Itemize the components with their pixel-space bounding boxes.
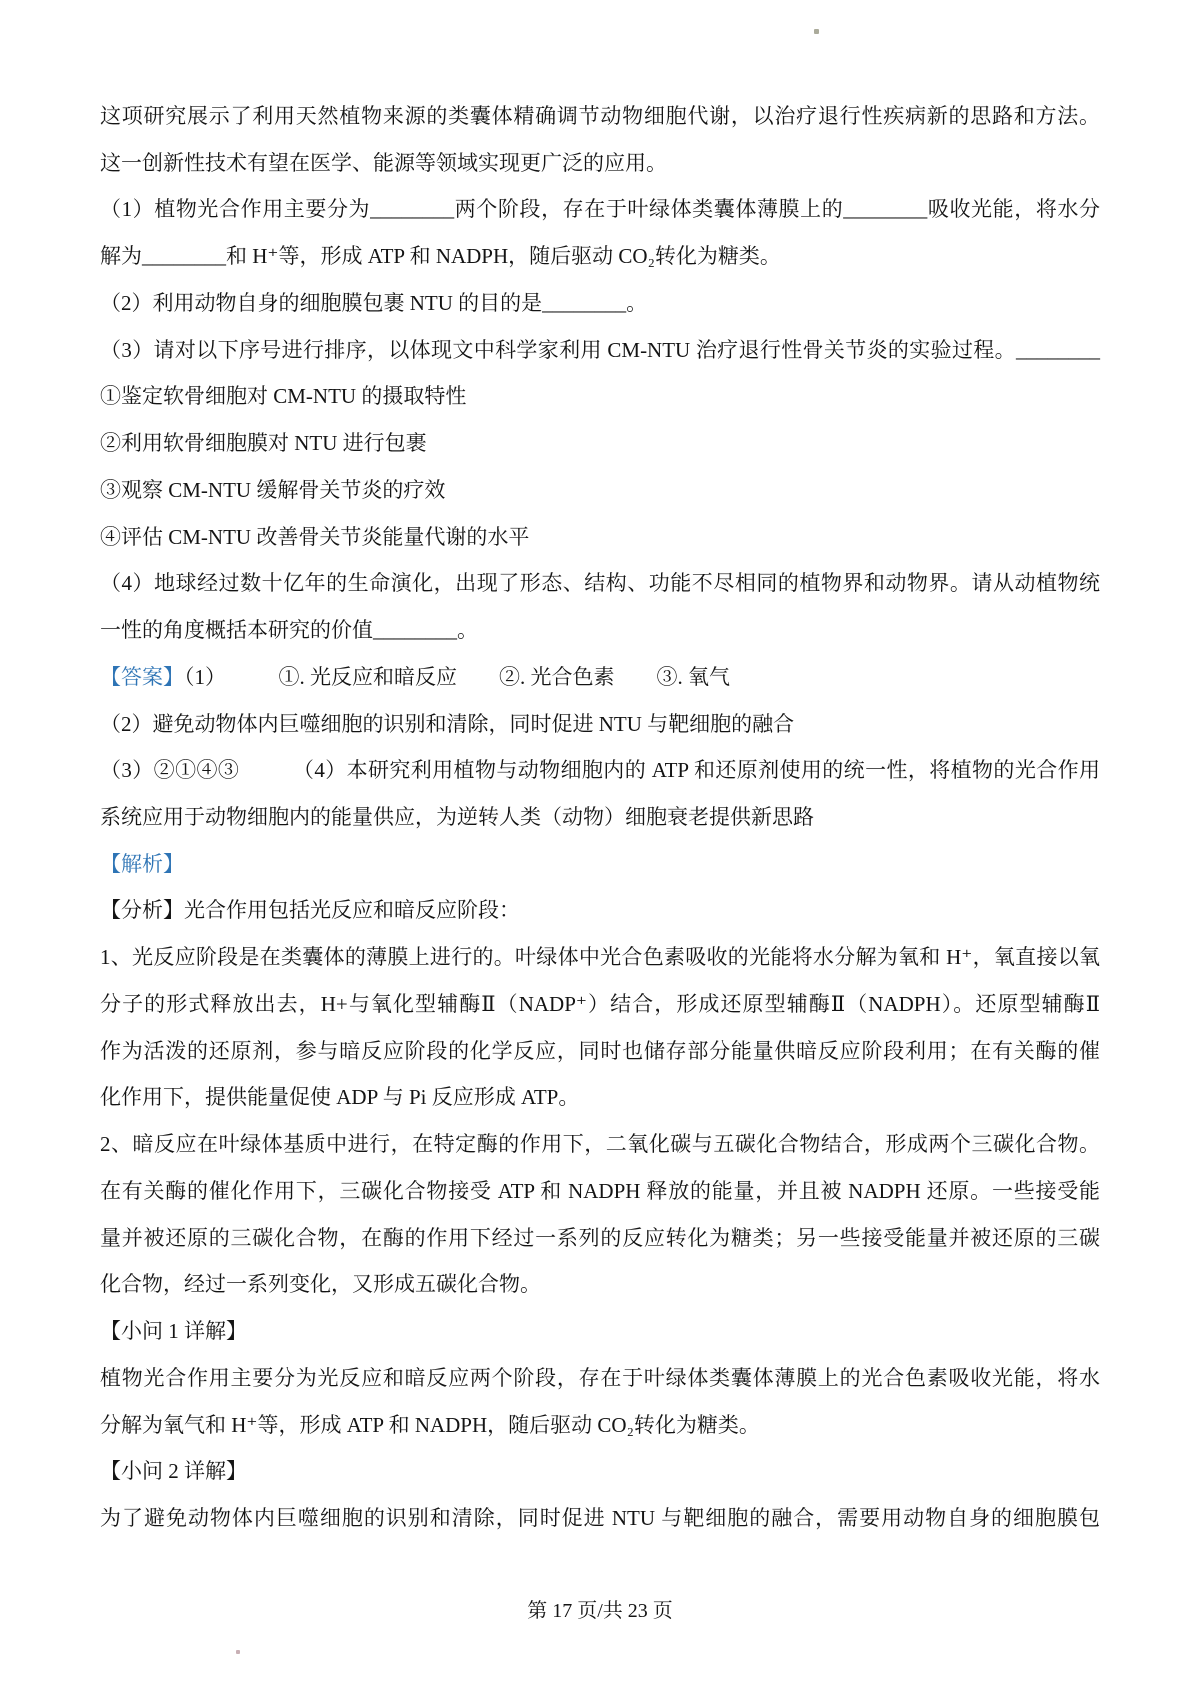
text-line: 【分析】光合作用包括光反应和暗反应阶段： <box>100 887 1100 934</box>
text-segment: 这项研究展示了利用天然植物来源的类囊体精确调节动物细胞代谢，以治疗退行性疾病新的… <box>100 104 1100 128</box>
scan-artifact-dot <box>814 29 819 34</box>
page-number: 第 17 页/共 23 页 <box>527 1600 673 1622</box>
analysis-label: 【解析】 <box>100 852 184 876</box>
text-line: ①鉴定软骨细胞对 CM-NTU 的摄取特性 <box>100 373 1100 420</box>
answer-label: 【答案】 <box>100 665 184 689</box>
text-segment: （1） ①. 光反应和暗反应 ②. 光合色素 ③. 氧气 <box>184 665 730 689</box>
text-segment: 【小问 1 详解】 <box>100 1319 247 1343</box>
text-segment: ④评估 CM-NTU 改善骨关节炎能量代谢的水平 <box>100 525 529 549</box>
text-segment: 2、暗反应在叶绿体基质中进行，在特定酶的作用下，二氧化碳与五碳化合物结合，形成两… <box>100 1132 1100 1156</box>
text-segment: 系统应用于动物细胞内的能量供应，为逆转人类（动物）细胞衰老提供新思路 <box>100 805 814 829</box>
text-segment: 一性的角度概括本研究的价值________。 <box>100 618 478 642</box>
text-line: （3）请对以下序号进行排序，以体现文中科学家利用 CM-NTU 治疗退行性骨关节… <box>100 327 1100 374</box>
text-line: 在有关酶的催化作用下，三碳化合物接受 ATP 和 NADPH 释放的能量，并且被… <box>100 1168 1100 1215</box>
text-line: ④评估 CM-NTU 改善骨关节炎能量代谢的水平 <box>100 514 1100 561</box>
text-segment: 解为________和 H⁺等，形成 ATP 和 NADPH，随后驱动 CO₂转… <box>100 244 781 268</box>
text-line: 分子的形式释放出去，H+与氧化型辅酶Ⅱ（NADP⁺）结合，形成还原型辅酶Ⅱ（NA… <box>100 981 1100 1028</box>
text-line: ③观察 CM-NTU 缓解骨关节炎的疗效 <box>100 467 1100 514</box>
text-line: 系统应用于动物细胞内的能量供应，为逆转人类（动物）细胞衰老提供新思路 <box>100 794 1100 841</box>
text-line: （4）地球经过数十亿年的生命演化，出现了形态、结构、功能不尽相同的植物界和动物界… <box>100 560 1100 607</box>
text-segment: （1）植物光合作用主要分为________两个阶段，存在于叶绿体类囊体薄膜上的_… <box>100 197 1100 221</box>
text-line: 解为________和 H⁺等，形成 ATP 和 NADPH，随后驱动 CO₂转… <box>100 233 1100 280</box>
text-segment: 化合物，经过一系列变化，又形成五碳化合物。 <box>100 1272 541 1296</box>
text-segment: 分解为氧气和 H⁺等，形成 ATP 和 NADPH，随后驱动 CO₂转化为糖类。 <box>100 1413 760 1437</box>
text-segment: （3）请对以下序号进行排序，以体现文中科学家利用 CM-NTU 治疗退行性骨关节… <box>100 338 1100 362</box>
text-line: 这一创新性技术有望在医学、能源等领域实现更广泛的应用。 <box>100 140 1100 187</box>
text-line: （2）避免动物体内巨噬细胞的识别和清除，同时促进 NTU 与靶细胞的融合 <box>100 701 1100 748</box>
text-segment: ①鉴定软骨细胞对 CM-NTU 的摄取特性 <box>100 384 466 408</box>
text-line: 【小问 1 详解】 <box>100 1308 1100 1355</box>
text-line: （1）植物光合作用主要分为________两个阶段，存在于叶绿体类囊体薄膜上的_… <box>100 186 1100 233</box>
text-segment: 植物光合作用主要分为光反应和暗反应两个阶段，存在于叶绿体类囊体薄膜上的光合色素吸… <box>100 1366 1100 1390</box>
text-line: 【小问 2 详解】 <box>100 1448 1100 1495</box>
text-line: 量并被还原的三碳化合物，在酶的作用下经过一系列的反应转化为糖类；另一些接受能量并… <box>100 1215 1100 1262</box>
text-segment: 量并被还原的三碳化合物，在酶的作用下经过一系列的反应转化为糖类；另一些接受能量并… <box>100 1226 1100 1250</box>
text-segment: 【小问 2 详解】 <box>100 1459 247 1483</box>
text-segment: （2）避免动物体内巨噬细胞的识别和清除，同时促进 NTU 与靶细胞的融合 <box>100 712 794 736</box>
document-page: 这项研究展示了利用天然植物来源的类囊体精确调节动物细胞代谢，以治疗退行性疾病新的… <box>0 0 1200 1698</box>
text-segment: （2）利用动物自身的细胞膜包裹 NTU 的目的是________。 <box>100 291 647 315</box>
text-segment: 作为活泼的还原剂，参与暗反应阶段的化学反应，同时也储存部分能量供暗反应阶段利用；… <box>100 1039 1100 1063</box>
text-line: 2、暗反应在叶绿体基质中进行，在特定酶的作用下，二氧化碳与五碳化合物结合，形成两… <box>100 1121 1100 1168</box>
text-line: 一性的角度概括本研究的价值________。 <box>100 607 1100 654</box>
text-segment: 【分析】光合作用包括光反应和暗反应阶段： <box>100 898 520 922</box>
text-segment: 分子的形式释放出去，H+与氧化型辅酶Ⅱ（NADP⁺）结合，形成还原型辅酶Ⅱ（NA… <box>100 992 1100 1016</box>
text-line: 为了避免动物体内巨噬细胞的识别和清除，同时促进 NTU 与靶细胞的融合，需要用动… <box>100 1495 1100 1542</box>
text-segment: ②利用软骨细胞膜对 NTU 进行包裹 <box>100 431 427 455</box>
text-segment: （4）地球经过数十亿年的生命演化，出现了形态、结构、功能不尽相同的植物界和动物界… <box>100 571 1100 595</box>
text-line: （2）利用动物自身的细胞膜包裹 NTU 的目的是________。 <box>100 280 1100 327</box>
text-line: 作为活泼的还原剂，参与暗反应阶段的化学反应，同时也储存部分能量供暗反应阶段利用；… <box>100 1028 1100 1075</box>
scan-artifact-dot <box>236 1650 240 1654</box>
text-line: 1、光反应阶段是在类囊体的薄膜上进行的。叶绿体中光合色素吸收的光能将水分解为氧和… <box>100 934 1100 981</box>
text-segment: 为了避免动物体内巨噬细胞的识别和清除，同时促进 NTU 与靶细胞的融合，需要用动… <box>100 1506 1100 1530</box>
text-segment: 在有关酶的催化作用下，三碳化合物接受 ATP 和 NADPH 释放的能量，并且被… <box>100 1179 1100 1203</box>
text-line: 化合物，经过一系列变化，又形成五碳化合物。 <box>100 1261 1100 1308</box>
text-segment: 这一创新性技术有望在医学、能源等领域实现更广泛的应用。 <box>100 151 667 175</box>
text-line: 分解为氧气和 H⁺等，形成 ATP 和 NADPH，随后驱动 CO₂转化为糖类。 <box>100 1402 1100 1449</box>
document-body: 这项研究展示了利用天然植物来源的类囊体精确调节动物细胞代谢，以治疗退行性疾病新的… <box>100 93 1100 1542</box>
text-segment: 化作用下，提供能量促使 ADP 与 Pi 反应形成 ATP。 <box>100 1085 579 1109</box>
text-line: 【答案】（1） ①. 光反应和暗反应 ②. 光合色素 ③. 氧气 <box>100 654 1100 701</box>
text-line: ②利用软骨细胞膜对 NTU 进行包裹 <box>100 420 1100 467</box>
text-line: 化作用下，提供能量促使 ADP 与 Pi 反应形成 ATP。 <box>100 1074 1100 1121</box>
text-line: 【解析】 <box>100 841 1100 888</box>
page-footer: 第 17 页/共 23 页 <box>0 1594 1200 1623</box>
text-segment: （3）②①④③ （4）本研究利用植物与动物细胞内的 ATP 和还原剂使用的统一性… <box>100 758 1100 782</box>
text-segment: 1、光反应阶段是在类囊体的薄膜上进行的。叶绿体中光合色素吸收的光能将水分解为氧和… <box>100 945 1100 969</box>
text-line: 植物光合作用主要分为光反应和暗反应两个阶段，存在于叶绿体类囊体薄膜上的光合色素吸… <box>100 1355 1100 1402</box>
text-line: （3）②①④③ （4）本研究利用植物与动物细胞内的 ATP 和还原剂使用的统一性… <box>100 747 1100 794</box>
text-line: 这项研究展示了利用天然植物来源的类囊体精确调节动物细胞代谢，以治疗退行性疾病新的… <box>100 93 1100 140</box>
text-segment: ③观察 CM-NTU 缓解骨关节炎的疗效 <box>100 478 445 502</box>
